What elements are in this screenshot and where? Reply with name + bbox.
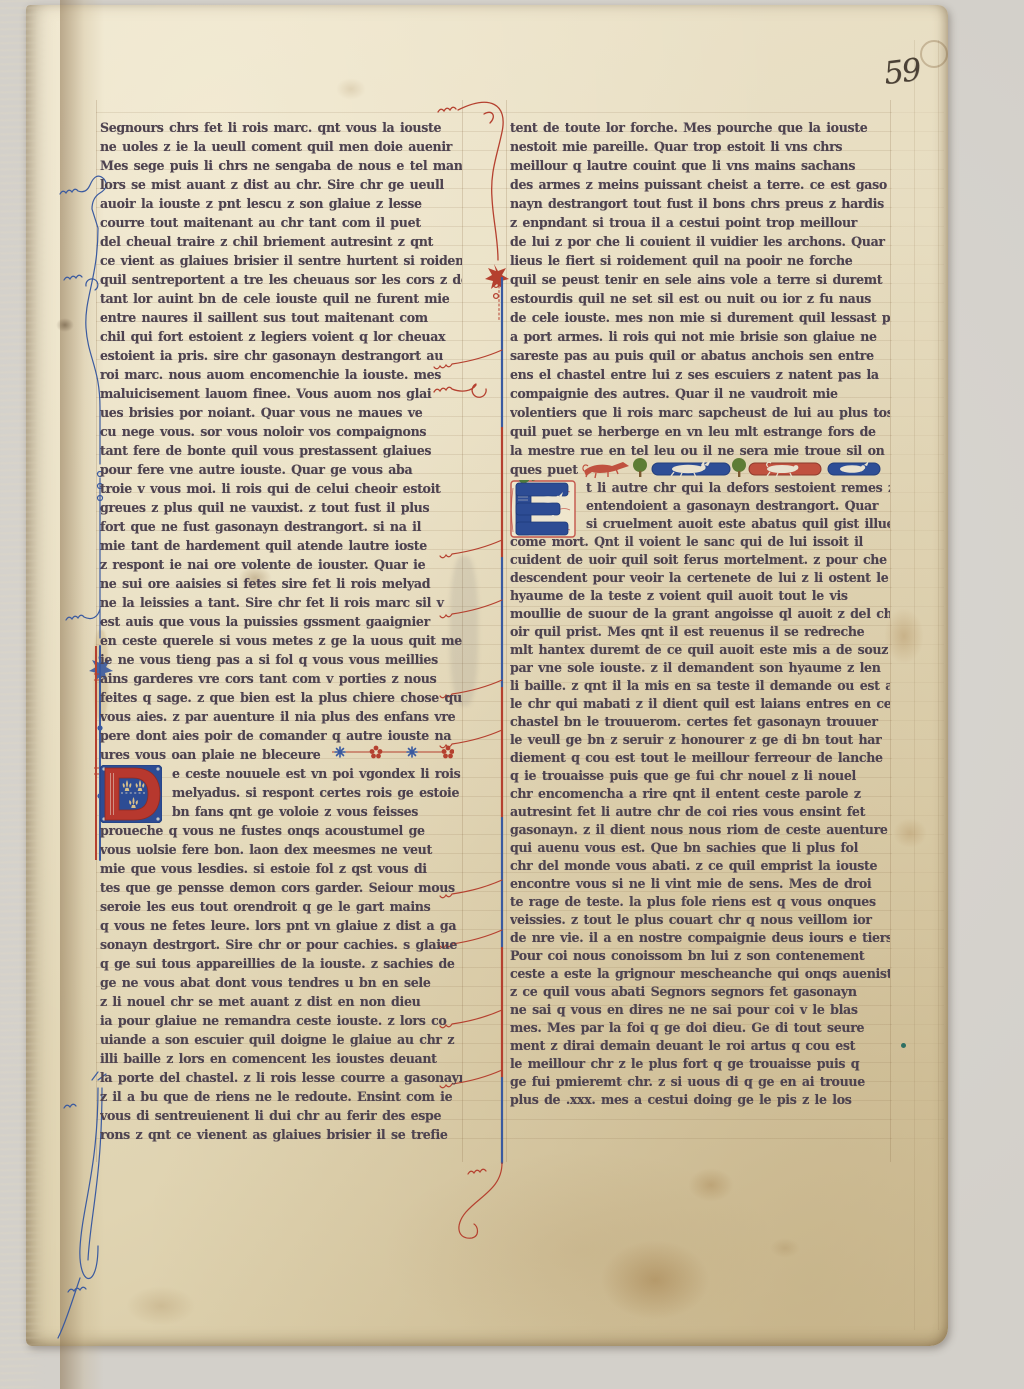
hunt-scene-filler bbox=[582, 455, 882, 481]
text-line: volentiers que li rois marc sapcheust de… bbox=[510, 403, 890, 422]
tree-icon bbox=[633, 458, 647, 477]
text-line: greues z plus quil ne vauxist. z tout fu… bbox=[100, 498, 462, 517]
text-line: rons z qnt ce vienent as glaiues brisier… bbox=[100, 1125, 462, 1144]
ruling-vertical bbox=[890, 100, 891, 1162]
text-line: compaignie des autres. Quar il ne vaudro… bbox=[510, 384, 890, 403]
text-line: auoir la iouste z pnt lescu z son glaiue… bbox=[100, 194, 462, 213]
text-line: estoient ia pris. sire chr gasonayn dest… bbox=[100, 346, 462, 365]
text-line: ceste a este la grignour mescheanche qui… bbox=[510, 965, 890, 983]
text-line: maluicisement lauom finee. Vous auom nos… bbox=[100, 384, 462, 403]
text-line: oir quil prist. Mes qnt il est reuenus i… bbox=[510, 623, 890, 641]
text-line: nestoit mie pareille. Quar trop estoit l… bbox=[510, 137, 890, 156]
text-line: mes. Mes par la foi q ge doi dieu. Ge di… bbox=[510, 1019, 890, 1037]
text-line: feites q sage. z que bien est la plus ch… bbox=[100, 688, 462, 707]
text-line: seroie les eus tout orendroit q ge le ga… bbox=[100, 897, 462, 916]
text-line: tes que ge pensse demon cors garder. Sei… bbox=[100, 878, 462, 897]
text-line: ne sai q vous en dires ne ne sai pour co… bbox=[510, 1001, 890, 1019]
text-line: tent de toute lor forche. Mes pourche qu… bbox=[510, 118, 890, 137]
text-line: des armes z meins puissant cheist a terr… bbox=[510, 175, 890, 194]
text-line: quil sentreportent a tre les cheuaus sor… bbox=[100, 270, 462, 289]
text-line: meillour q lautre couint que li vns main… bbox=[510, 156, 890, 175]
ruling-lines-margin bbox=[892, 112, 944, 1156]
text-line: ment z dirai demain deuant le roi artus … bbox=[510, 1037, 890, 1055]
text-line: ge fui pmieremt chr. z si uous di q ge e… bbox=[510, 1073, 890, 1091]
text-line: le chr qui mabati z il dient quil est la… bbox=[510, 695, 890, 713]
initial-e: E bbox=[510, 480, 576, 542]
paragraph: D e ceste nouuele est vn poi vgondex li … bbox=[100, 764, 462, 1144]
text-line: la porte del chastel. z li rois lesse co… bbox=[100, 1068, 462, 1087]
text-line: ne uoles z ie la ueull coment quil men d… bbox=[100, 137, 462, 156]
text-line: Pour coi nous conoissom bn lui z son con… bbox=[510, 947, 890, 965]
text-line: cu nege vous. sor vous noloir vos compai… bbox=[100, 422, 462, 441]
text-line: sareste pas au puis quil or abatus ancho… bbox=[510, 346, 890, 365]
text-line: moullie de suour de la grant angoisse ql… bbox=[510, 605, 890, 623]
text-line: troie v vous moi. li rois qui de celui c… bbox=[100, 479, 462, 498]
fold-line bbox=[914, 40, 915, 1330]
hound-icon bbox=[583, 462, 629, 478]
text-line: li baille. z qnt il la mis en sa teste i… bbox=[510, 677, 890, 695]
paragraph: E bbox=[510, 479, 890, 1109]
text-line: autresint fet li autre chr de coi ries v… bbox=[510, 803, 890, 821]
flower-chain-filler flower-icon bbox=[330, 744, 454, 760]
animals-on-filigree-icon bbox=[510, 480, 576, 538]
text-line: fort que ne fust gasonayn destrangort. s… bbox=[100, 517, 462, 536]
text-line: a port armes. li rois qui not mie brisie… bbox=[510, 327, 890, 346]
ink-dot bbox=[901, 1043, 906, 1048]
text-line: ne sui ore aaisies si fetes sire fet li … bbox=[100, 574, 462, 593]
initial-d: D bbox=[100, 765, 162, 827]
text-line: est auis que vous la puissies gssment ga… bbox=[100, 612, 462, 631]
text-line: veissies. z tout le plus couart chr q no… bbox=[510, 911, 890, 929]
text-line: sonayn destrgort. Sire chr or pour cachi… bbox=[100, 935, 462, 954]
text-line: vous di sentreuienent li dui chr au feri… bbox=[100, 1106, 462, 1125]
text-line: z enpndant si troua il a cestui point tr… bbox=[510, 213, 890, 232]
tree-icon bbox=[732, 458, 746, 477]
text-line: lors se mist auant z dist au chr. Sire c… bbox=[100, 175, 462, 194]
text-line: ues brisies por noiant. Quar vous ne mau… bbox=[100, 403, 462, 422]
fleur-de-lis-panel-icon bbox=[100, 765, 162, 823]
text-line: Segnours chrs fet li rois marc. qnt vous… bbox=[100, 118, 462, 137]
text-line: descendent pour veoir la certenete de lu… bbox=[510, 569, 890, 587]
text-line: de nre vie. il a en nostre compaignie de… bbox=[510, 929, 890, 947]
right-text-column: tent de toute lor forche. Mes pourche qu… bbox=[510, 118, 890, 1109]
text-line: chastel bn le trouuerom. certes fet gaso… bbox=[510, 713, 890, 731]
text-line: entre naures il saillent sus tout maiten… bbox=[100, 308, 462, 327]
text-line: quil puet se herberge en vn leu mlt estr… bbox=[510, 422, 890, 441]
text-line: te rage de teste. la plus fole riens est… bbox=[510, 893, 890, 911]
text-line: z respont ie nai ore volente de iouster.… bbox=[100, 555, 462, 574]
text-line: roi marc. nous auom encomenchie la ioust… bbox=[100, 365, 462, 384]
text-line: ens el chastel entre lui z ses escuiers … bbox=[510, 365, 890, 384]
text-line: diement q cou est tout le meillour ferre… bbox=[510, 749, 890, 767]
left-text-column: Segnours chrs fet li rois marc. qnt vous… bbox=[100, 118, 462, 1144]
text-line: de lui z por che li couient il vuidier l… bbox=[510, 232, 890, 251]
text-line: gasonayn. z il dient nous nous riom de c… bbox=[510, 821, 890, 839]
text-line: chr del monde vous abati. z ce quil empr… bbox=[510, 857, 890, 875]
text-line: ce vient as glaiues brisier il sentre hu… bbox=[100, 251, 462, 270]
facing-page-edge bbox=[0, 0, 64, 1389]
text-line: mie tant de hardement quil atende lautre… bbox=[100, 536, 462, 555]
paragraph: tent de toute lor forche. Mes pourche qu… bbox=[510, 118, 890, 479]
text-line: z il a bu que de riens ne le redoute. En… bbox=[100, 1087, 462, 1106]
text-line: q ie trouaisse puis que ge fui chr nouel… bbox=[510, 767, 890, 785]
text-line: ge ne vous abat dont vous tendres u bn e… bbox=[100, 973, 462, 992]
text-line: pour fere vne autre iouste. Quar ge vous… bbox=[100, 460, 462, 479]
text-line: en ceste querele si vous metes z ge la u… bbox=[100, 631, 462, 650]
text-line: z li nouel chr se met auant z dist en no… bbox=[100, 992, 462, 1011]
text-line: tant fere de bonte quil vous prestassent… bbox=[100, 441, 462, 460]
text-line: le meillour chr z le plus fort q ge trou… bbox=[510, 1055, 890, 1073]
manuscript-photo: 59 bbox=[0, 0, 1024, 1389]
text-line: par vne sole iouste. z il demandent son … bbox=[510, 659, 890, 677]
text-line: ia pour glaiue ne remandra ceste iouste.… bbox=[100, 1011, 462, 1030]
text-line: del cheual traire z chil briement autres… bbox=[100, 232, 462, 251]
text-line: Mes sege puis li chrs ne sengaba de nous… bbox=[100, 156, 462, 175]
text-line: cuident de uoir quil soit ferus mortelme… bbox=[510, 551, 890, 569]
text-line: pere dont aies poir de comander q autre … bbox=[100, 726, 462, 745]
text-line: quil se peust tenir en sele ains vole a … bbox=[510, 270, 890, 289]
text-line: vous uolsie fere bon. laon dex meesmes n… bbox=[100, 840, 462, 859]
text-line: illi baille z lors en comencent les ious… bbox=[100, 1049, 462, 1068]
text-line: uiande a son escuier quil doigne le glai… bbox=[100, 1030, 462, 1049]
knot-icon bbox=[485, 264, 509, 289]
fold-line bbox=[938, 40, 939, 1330]
text-line: hyaume de la teste z voient quil auoit t… bbox=[510, 587, 890, 605]
text-line: chr encomencha a rire qnt il entent cest… bbox=[510, 785, 890, 803]
text-line: qui auenu vous est. Que bn sachies que l… bbox=[510, 839, 890, 857]
text-line: z ce quil vous abati Segnors segnors fet… bbox=[510, 983, 890, 1001]
text-line: tant lor auint bn de cele iouste quil ne… bbox=[100, 289, 462, 308]
text-line: q vous ne fetes leure. lors pnt vn glaiu… bbox=[100, 916, 462, 935]
text-line: mlt hantex duremt de ce quil auoit este … bbox=[510, 641, 890, 659]
text-line: vous aies. z par auenture il nia plus de… bbox=[100, 707, 462, 726]
text-line: de cele iouste. mes non mie si durement … bbox=[510, 308, 890, 327]
text-line: courre tout maitenant au chr tant com il… bbox=[100, 213, 462, 232]
text-line: ne la leissies a tant. Sire chr fet li r… bbox=[100, 593, 462, 612]
text-line: q ge sui tous appareillies de la iouste.… bbox=[100, 954, 462, 973]
text-line: chil qui fort estoient z legiers voient … bbox=[100, 327, 462, 346]
text-line: nayn destrangort tout fust il bons chrs … bbox=[510, 194, 890, 213]
text-line: lieus le fiert si roidement quil na pooi… bbox=[510, 251, 890, 270]
text-line: estourdis quil ne set sil est ou nuit ou… bbox=[510, 289, 890, 308]
text-line: encontre vous si ne li vint mie de sens.… bbox=[510, 875, 890, 893]
text-line: mie que vous lesdies. si estoie fol z qs… bbox=[100, 859, 462, 878]
paragraph: Segnours chrs fet li rois marc. qnt vous… bbox=[100, 118, 462, 764]
folio-number: 59 bbox=[882, 52, 922, 92]
text-line: le veull ge bn z seruir z honourer z ge … bbox=[510, 731, 890, 749]
facing-page-text-blur bbox=[0, 0, 46, 1389]
text-line: ie ne vous tieng pas a si fol q vous vou… bbox=[100, 650, 462, 669]
text-line: ains garderes vre cors tant com v portie… bbox=[100, 669, 462, 688]
text-line: plus de .xxx. mes a cestui doing ge le p… bbox=[510, 1091, 890, 1109]
